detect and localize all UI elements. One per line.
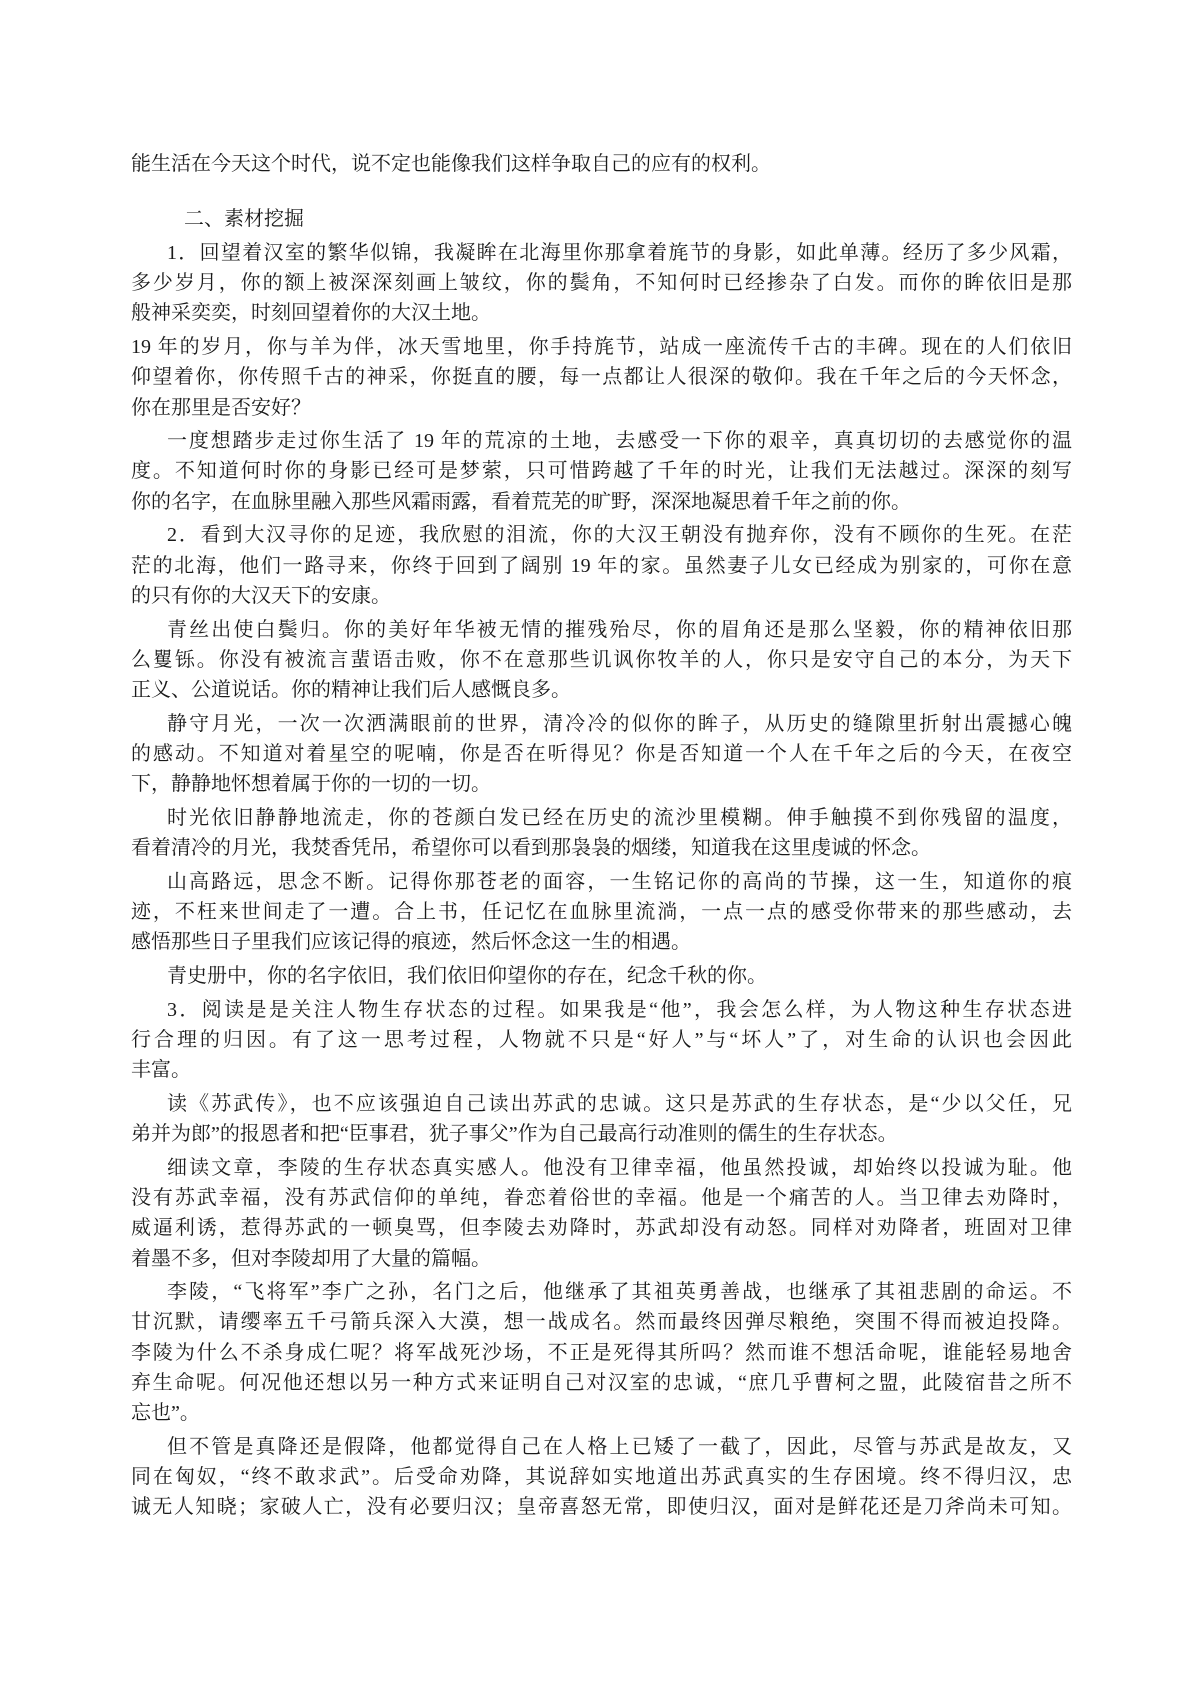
text-line: 度。不知道何时你的身影已经可是梦萦，只可惜跨越了千年的时光，让我们无法越过。深深… (131, 456, 1072, 486)
text-line: 威逼利诱，惹得苏武的一顿臭骂，但李陵去劝降时，苏武却没有动怒。同样对劝降者，班固… (131, 1213, 1072, 1243)
text-line: 的感动。不知道对着星空的呢喃，你是否在听得见？你是否知道一个人在千年之后的今天，… (131, 739, 1072, 769)
paragraph: 能生活在今天这个时代，说不定也能像我们这样争取自己的应有的权利。 (131, 149, 1072, 179)
text-line: 山高路远，思念不断。记得你那苍老的面容，一生铭记你的高尚的节操，这一生，知道你的… (131, 867, 1072, 897)
text-line: 的只有你的大汉天下的安康。 (131, 581, 1072, 611)
text-line: 行合理的归因。有了这一思考过程，人物就不只是“好人”与“坏人”了，对生命的认识也… (131, 1025, 1072, 1055)
text-line: 茫的北海，他们一路寻来，你终于回到了阔别 19 年的家。虽然妻子儿女已经成为别家… (131, 551, 1072, 581)
text-line: 下，静静地怀想着属于你的一切的一切。 (131, 769, 1072, 799)
text-line: 感悟那些日子里我们应该记得的痕迹，然后怀念这一生的相遇。 (131, 927, 1072, 957)
paragraph: 静守月光，一次一次洒满眼前的世界，清冷冷的似你的眸子，从历史的缝隙里折射出震撼心… (131, 709, 1072, 800)
text-line: 但不管是真降还是假降，他都觉得自己在人格上已矮了一截了，因此，尽管与苏武是故友，… (131, 1432, 1072, 1462)
text-line: 二、素材挖掘 (131, 204, 1072, 234)
text-line: 看着清冷的月光，我焚香凭吊，希望你可以看到那袅袅的烟缕，知道我在这里虔诚的怀念。 (131, 833, 1072, 863)
document-page: 能生活在今天这个时代，说不定也能像我们这样争取自己的应有的权利。二、素材挖掘1．… (0, 0, 1191, 1522)
text-line: 19 年的岁月，你与羊为伴，冰天雪地里，你手持旄节，站成一座流传千古的丰碑。现在… (131, 332, 1072, 362)
text-line: 没有苏武幸福，没有苏武信仰的单纯，眷恋着俗世的幸福。他是一个痛苦的人。当卫律去劝… (131, 1183, 1072, 1213)
text-line: 丰富。 (131, 1055, 1072, 1085)
paragraph: 李陵，“飞将军”李广之孙，名门之后，他继承了其祖英勇善战，也继承了其祖悲剧的命运… (131, 1277, 1072, 1428)
text-line: 2．看到大汉寻你的足迹，我欣慰的泪流，你的大汉王朝没有抛弃你，没有不顾你的生死。… (131, 520, 1072, 550)
paragraph: 时光依旧静静地流走，你的苍颜白发已经在历史的流沙里模糊。伸手触摸不到你残留的温度… (131, 803, 1072, 863)
text-line: 细读文章，李陵的生存状态真实感人。他没有卫律幸福，他虽然投诚，却始终以投诚为耻。… (131, 1153, 1072, 1183)
paragraph: 细读文章，李陵的生存状态真实感人。他没有卫律幸福，他虽然投诚，却始终以投诚为耻。… (131, 1153, 1072, 1274)
text-line: 诚无人知晓；家破人亡，没有必要归汉；皇帝喜怒无常，即使归汉，面对是鲜花还是刀斧尚… (131, 1492, 1072, 1522)
text-line: 弟并为郎”的报恩者和把“臣事君，犹子事父”作为自己最高行动准则的儒生的生存状态。 (131, 1119, 1072, 1149)
text-line: 你在那里是否安好？ (131, 393, 1072, 423)
text-line: 甘沉默，请缨率五千弓箭兵深入大漠，想一战成名。然而最终因弹尽粮绝，突围不得而被迫… (131, 1307, 1072, 1337)
paragraph: 2．看到大汉寻你的足迹，我欣慰的泪流，你的大汉王朝没有抛弃你，没有不顾你的生死。… (131, 520, 1072, 611)
text-line: 1．回望着汉室的繁华似锦，我凝眸在北海里你那拿着旄节的身影，如此单薄。经历了多少… (131, 238, 1072, 268)
text-line: 么矍铄。你没有被流言蜚语击败，你不在意那些讥讽你牧羊的人，你只是安守自己的本分，… (131, 645, 1072, 675)
text-line: 一度想踏步走过你生活了 19 年的荒凉的土地，去感受一下你的艰辛，真真切切的去感… (131, 426, 1072, 456)
text-line: 仰望着你，你传照千古的神采，你挺直的腰，每一点都让人很深的敬仰。我在千年之后的今… (131, 362, 1072, 392)
text-line: 青史册中，你的名字依旧，我们依旧仰望你的存在，纪念千秋的你。 (131, 961, 1072, 991)
paragraph: 青史册中，你的名字依旧，我们依旧仰望你的存在，纪念千秋的你。 (131, 961, 1072, 991)
paragraph: 读《苏武传》，也不应该强迫自己读出苏武的忠诚。这只是苏武的生存状态，是“少以父任… (131, 1089, 1072, 1149)
text-line: 弃生命呢。何况他还想以另一种方式来证明自己对汉室的忠诚，“庶几乎曹柯之盟，此陵宿… (131, 1368, 1072, 1398)
text-line: 般神采奕奕，时刻回望着你的大汉土地。 (131, 298, 1072, 328)
text-line: 能生活在今天这个时代，说不定也能像我们这样争取自己的应有的权利。 (131, 149, 1072, 179)
paragraph: 1．回望着汉室的繁华似锦，我凝眸在北海里你那拿着旄节的身影，如此单薄。经历了多少… (131, 238, 1072, 329)
text-line: 正义、公道说话。你的精神让我们后人感慨良多。 (131, 675, 1072, 705)
text-line: 读《苏武传》，也不应该强迫自己读出苏武的忠诚。这只是苏武的生存状态，是“少以父任… (131, 1089, 1072, 1119)
text-line: 多少岁月，你的额上被深深刻画上皱纹，你的鬓角，不知何时已经掺杂了白发。而你的眸依… (131, 268, 1072, 298)
paragraph: 青丝出使白鬓归。你的美好年华被无情的摧残殆尽，你的眉角还是那么坚毅，你的精神依旧… (131, 615, 1072, 706)
text-line: 时光依旧静静地流走，你的苍颜白发已经在历史的流沙里模糊。伸手触摸不到你残留的温度… (131, 803, 1072, 833)
paragraph: 3．阅读是是关注人物生存状态的过程。如果我是“他”，我会怎么样，为人物这种生存状… (131, 995, 1072, 1086)
text-line: 李陵为什么不杀身成仁呢？将军战死沙场，不正是死得其所吗？然而谁不想活命呢，谁能轻… (131, 1338, 1072, 1368)
text-line: 忘也”。 (131, 1398, 1072, 1428)
text-line: 青丝出使白鬓归。你的美好年华被无情的摧残殆尽，你的眉角还是那么坚毅，你的精神依旧… (131, 615, 1072, 645)
text-line: 3．阅读是是关注人物生存状态的过程。如果我是“他”，我会怎么样，为人物这种生存状… (131, 995, 1072, 1025)
paragraph: 但不管是真降还是假降，他都觉得自己在人格上已矮了一截了，因此，尽管与苏武是故友，… (131, 1432, 1072, 1523)
text-line: 你的名字，在血脉里融入那些风霜雨露，看着荒芜的旷野，深深地凝思着千年之前的你。 (131, 487, 1072, 517)
text-line: 同在匈奴，“终不敢求武”。后受命劝降，其说辞如实地道出苏武真实的生存困境。终不得… (131, 1462, 1072, 1492)
paragraph: 山高路远，思念不断。记得你那苍老的面容，一生铭记你的高尚的节操，这一生，知道你的… (131, 867, 1072, 958)
paragraph: 19 年的岁月，你与羊为伴，冰天雪地里，你手持旄节，站成一座流传千古的丰碑。现在… (131, 332, 1072, 423)
section-heading: 二、素材挖掘 (131, 204, 1072, 234)
text-line: 李陵，“飞将军”李广之孙，名门之后，他继承了其祖英勇善战，也继承了其祖悲剧的命运… (131, 1277, 1072, 1307)
paragraph: 一度想踏步走过你生活了 19 年的荒凉的土地，去感受一下你的艰辛，真真切切的去感… (131, 426, 1072, 517)
text-line: 着墨不多，但对李陵却用了大量的篇幅。 (131, 1244, 1072, 1274)
text-line: 迹，不枉来世间走了一遭。合上书，任记忆在血脉里流淌，一点一点的感受你带来的那些感… (131, 897, 1072, 927)
text-line: 静守月光，一次一次洒满眼前的世界，清冷冷的似你的眸子，从历史的缝隙里折射出震撼心… (131, 709, 1072, 739)
